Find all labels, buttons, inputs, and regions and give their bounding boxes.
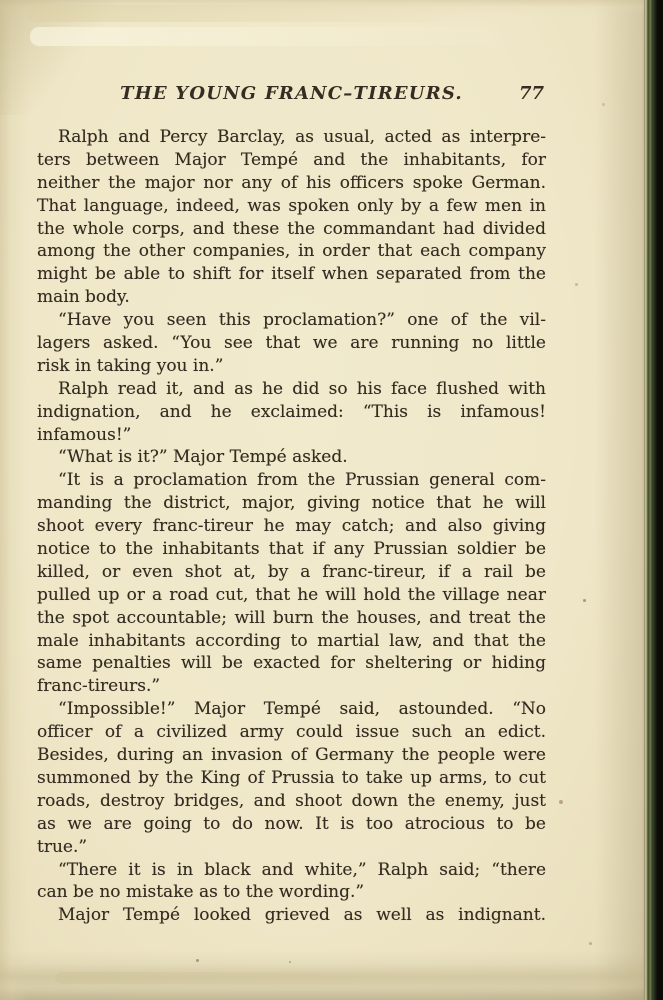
dust-speck	[575, 283, 578, 286]
text-line: Ralph and Percy Barclay, as usual, acted…	[37, 126, 546, 149]
text-line: indignation, and he exclaimed: “This is …	[37, 401, 546, 424]
scan-bottom-streak	[55, 972, 505, 984]
text-line: That language, indeed, was spoken only b…	[37, 195, 546, 218]
text-line: killed, or even shot at, by a franc-tire…	[37, 561, 546, 584]
text-line: same penalties will be exacted for shelt…	[37, 652, 546, 675]
text-line: “It is a proclamation from the Prussian …	[37, 469, 546, 492]
text-line: as we are going to do now. It is too atr…	[37, 813, 546, 836]
dust-speck	[559, 800, 563, 804]
text-line: “There it is in black and white,” Ralph …	[37, 859, 546, 882]
text-line: manding the district, major, giving noti…	[37, 492, 546, 515]
page-header: THE YOUNG FRANC–TIREURS. 77	[37, 83, 546, 105]
text-line: roads, destroy bridges, and shoot down t…	[37, 790, 546, 813]
text-line: ters between Major Tempé and the inhabit…	[37, 149, 546, 172]
dust-speck	[289, 961, 291, 963]
text-line: pulled up or a road cut, that he will ho…	[37, 584, 546, 607]
running-title: THE YOUNG FRANC–TIREURS.	[120, 83, 463, 104]
dust-speck	[602, 103, 605, 106]
dust-speck	[583, 599, 586, 602]
text-line: lagers asked. “You see that we are runni…	[37, 332, 546, 355]
page-number: 77	[519, 83, 544, 104]
scan-edge-streak	[26, 5, 546, 22]
text-line: true.”	[37, 836, 546, 859]
text-line: Major Tempé looked grieved as well as in…	[37, 904, 546, 927]
text-line: franc-tireurs.”	[37, 675, 546, 698]
text-line: might be able to shift for itself when s…	[37, 263, 546, 286]
book-cover-edge	[644, 0, 658, 1000]
page-text: Ralph and Percy Barclay, as usual, acted…	[37, 126, 546, 927]
text-line: main body.	[37, 286, 546, 309]
text-line: “Have you seen this proclamation?” one o…	[37, 309, 546, 332]
text-line: the spot accountable; will burn the hous…	[37, 607, 546, 630]
scan-edge-streak	[30, 27, 570, 46]
text-line: “What is it?” Major Tempé asked.	[37, 446, 546, 469]
dust-speck	[589, 942, 592, 945]
text-line: neither the major nor any of his officer…	[37, 172, 546, 195]
text-line: notice to the inhabitants that if any Pr…	[37, 538, 546, 561]
text-line: male inhabitants according to martial la…	[37, 630, 546, 653]
text-line: Besides, during an invasion of Germany t…	[37, 744, 546, 767]
scan-background: THE YOUNG FRANC–TIREURS. 77 Ralph and Pe…	[0, 0, 663, 1000]
text-line: shoot every franc-tireur he may catch; a…	[37, 515, 546, 538]
dust-speck	[196, 959, 199, 962]
text-line: can be no mistake as to the wording.”	[37, 881, 546, 904]
text-line: “Impossible!” Major Tempé said, astounde…	[37, 698, 546, 721]
text-line: infamous!”	[37, 424, 546, 447]
text-line: summoned by the King of Prussia to take …	[37, 767, 546, 790]
text-line: the whole corps, and these the commandan…	[37, 218, 546, 241]
text-line: risk in taking you in.”	[37, 355, 546, 378]
text-line: officer of a civilized army could issue …	[37, 721, 546, 744]
book-page: THE YOUNG FRANC–TIREURS. 77 Ralph and Pe…	[0, 0, 646, 1000]
text-line: among the other companies, in order that…	[37, 240, 546, 263]
text-line: Ralph read it, and as he did so his face…	[37, 378, 546, 401]
